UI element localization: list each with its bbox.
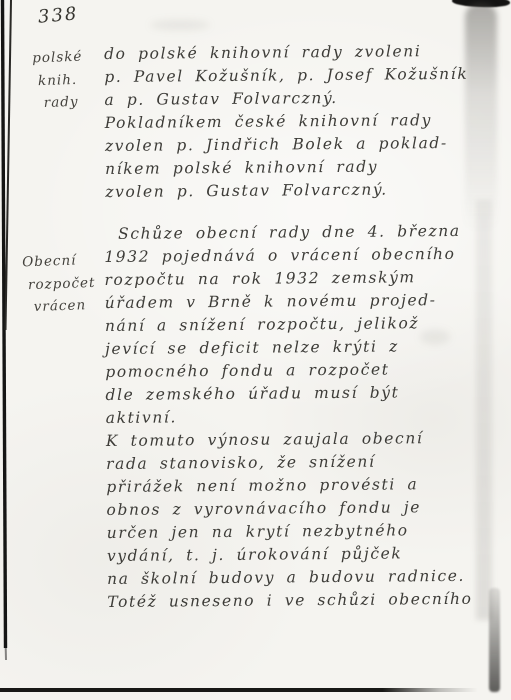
handwritten-line: rozpočtu na rok 1932 zemským	[104, 266, 464, 292]
handwritten-line: knih.	[33, 67, 112, 92]
handwritten-line: aktivní.	[106, 404, 466, 430]
handwritten-line: do polské knihovní rady zvoleni	[104, 40, 464, 66]
scan-artifact-right-band	[476, 200, 492, 620]
handwritten-line: zvolen p. Jindřich Bolek a poklad-	[105, 132, 465, 158]
handwritten-line: polské	[32, 45, 111, 70]
paragraph-budget-returned: Schůze obecní rady dne 4. března1932 poj…	[104, 220, 467, 614]
handwritten-line: níkem polské knihovní rady	[105, 155, 465, 181]
margin-note-library-council: polskéknih.rady	[32, 45, 112, 115]
scan-artifact-right-shadow	[465, 3, 497, 233]
binding-edge-lines	[0, 0, 18, 700]
handwritten-line: dle zemského úřadu musí být	[105, 381, 465, 407]
scanned-chronicle-page: 338 polskéknih.rady Obecnírozpočetvrácen…	[0, 0, 511, 700]
scan-artifact-bottom-right-streak	[489, 588, 500, 692]
page-number: 338	[37, 3, 79, 27]
handwritten-line: úřadem v Brně k novému projed-	[105, 289, 465, 315]
handwritten-line: určen jen na krytí nezbytného	[107, 519, 467, 545]
page-bottom-edge-line	[0, 688, 478, 692]
handwritten-line: Schůze obecní rady dne 4. března	[104, 220, 464, 246]
handwritten-line: vydání, t. j. úrokování půjček	[107, 542, 467, 568]
handwritten-line: rady	[33, 90, 112, 115]
margin-note-municipal-budget: Obecnírozpočetvrácen	[22, 249, 102, 319]
paragraph-library-council-elections: do polské knihovní rady zvolenip. Pavel …	[104, 40, 465, 204]
handwritten-line: K tomuto výnosu zaujala obecní	[106, 427, 466, 453]
handwritten-line: nání a snížení rozpočtu, jelikož	[105, 312, 465, 338]
handwritten-line: přirážek není možno provésti a	[106, 473, 466, 499]
handwritten-line: Pokladníkem české knihovní rady	[105, 109, 465, 135]
handwritten-line: rada stanovisko, že snížení	[106, 450, 466, 476]
paper-smudge	[150, 20, 210, 30]
handwritten-line: vrácen	[23, 294, 102, 319]
handwritten-line: rozpočet	[23, 271, 102, 296]
handwritten-line: p. Pavel Kožušník, p. Josef Kožušník	[104, 63, 464, 89]
handwritten-line: na školní budovy a budovu radnice.	[107, 565, 467, 591]
handwritten-line: a p. Gustav Folvarczný.	[104, 86, 464, 112]
handwritten-line: obnos z vyrovnávacího fondu je	[106, 496, 466, 522]
handwritten-line: jevící se deficit nelze krýti z	[105, 335, 465, 361]
handwritten-line: pomocného fondu a rozpočet	[105, 358, 465, 384]
handwritten-line: Totéž usneseno i ve schůzi obecního	[107, 588, 467, 614]
handwritten-line: 1932 pojednává o vrácení obecního	[104, 243, 464, 269]
handwritten-line: zvolen p. Gustav Folvarczný.	[105, 178, 465, 204]
handwritten-line: Obecní	[22, 249, 101, 274]
